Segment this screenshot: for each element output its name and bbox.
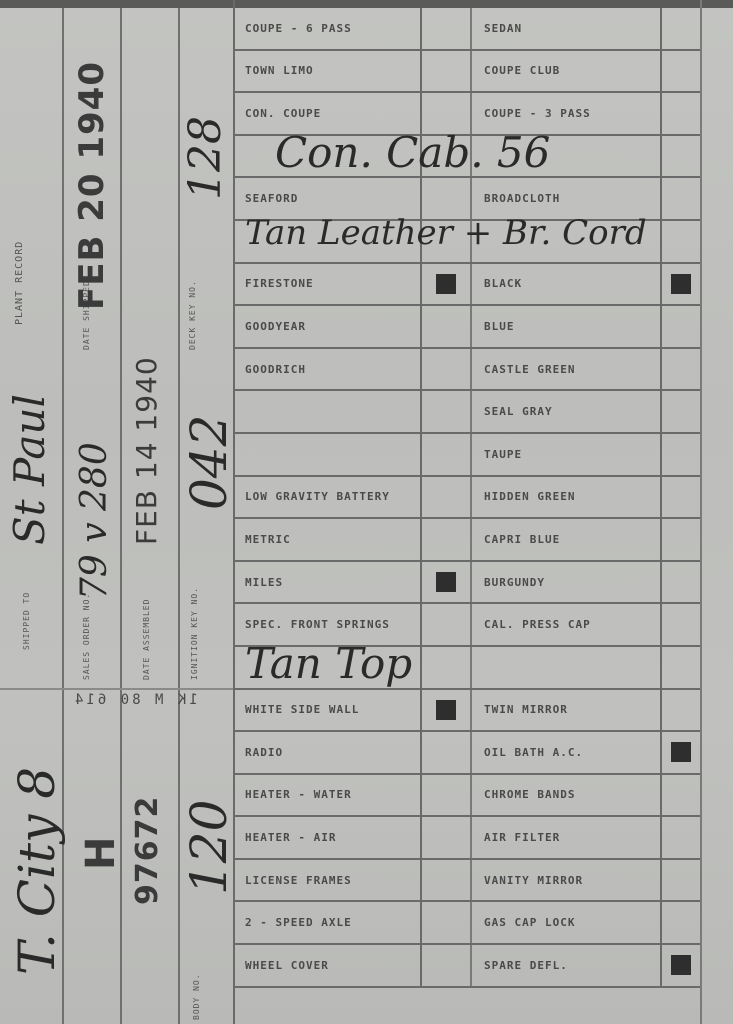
option-right-label: COUPE CLUB — [484, 64, 560, 77]
option-right-label: TAUPE — [484, 448, 522, 461]
option-right-label: CAL. PRESS CAP — [484, 618, 591, 631]
option-row: 2 - SPEED AXLEGAS CAP LOCK — [235, 902, 700, 945]
option-left: GOODYEAR — [235, 306, 420, 347]
option-left-checkbox — [420, 690, 470, 731]
option-right-checkbox — [660, 562, 700, 603]
option-left-checkbox — [420, 860, 470, 901]
option-right: CAL. PRESS CAP — [470, 604, 660, 645]
option-left: RADIO — [235, 732, 420, 773]
option-left-checkbox — [420, 434, 470, 475]
card-title: PLANT RECORD — [14, 241, 25, 325]
handwritten-note: Tan Top — [245, 639, 412, 688]
option-right-checkbox — [660, 434, 700, 475]
option-right — [470, 647, 660, 688]
option-row: MILESBURGUNDY — [235, 562, 700, 605]
option-right-checkbox — [660, 93, 700, 134]
option-left-label: CON. COUPE — [245, 107, 321, 120]
option-left-checkbox — [420, 604, 470, 645]
option-right-checkbox — [660, 477, 700, 518]
option-left-checkbox — [420, 732, 470, 773]
option-right: GAS CAP LOCK — [470, 902, 660, 943]
option-left: 2 - SPEED AXLE — [235, 902, 420, 943]
option-right-label: BROADCLOTH — [484, 192, 560, 205]
option-right-checkbox — [660, 519, 700, 560]
option-left-label: GOODRICH — [245, 363, 306, 376]
option-right: AIR FILTER — [470, 817, 660, 858]
option-row: GOODRICHCASTLE GREEN — [235, 349, 700, 392]
option-right-checkbox — [660, 860, 700, 901]
option-left: COUPE - 6 PASS — [235, 8, 420, 49]
option-right: VANITY MIRROR — [470, 860, 660, 901]
option-row: HEATER - AIRAIR FILTER — [235, 817, 700, 860]
horizontal-divider — [0, 688, 233, 690]
option-left: HEATER - WATER — [235, 775, 420, 816]
check-mark-icon — [671, 742, 691, 762]
option-row: Tan Leather + Br. Cord — [235, 221, 700, 264]
option-right-label: HIDDEN GREEN — [484, 490, 575, 503]
check-mark-icon — [436, 572, 456, 592]
option-right: BURGUNDY — [470, 562, 660, 603]
date-assembled-label: DATE ASSEMBLED — [142, 599, 151, 680]
option-left-label: WHITE SIDE WALL — [245, 703, 359, 716]
option-left-label: RADIO — [245, 746, 283, 759]
handwritten-note: Con. Cab. 56 — [275, 128, 550, 177]
option-left-checkbox — [420, 391, 470, 432]
option-right-checkbox — [660, 732, 700, 773]
option-right: TWIN MIRROR — [470, 690, 660, 731]
option-right-label: CHROME BANDS — [484, 788, 575, 801]
option-right-checkbox — [660, 8, 700, 49]
option-left: GOODRICH — [235, 349, 420, 390]
option-right: CASTLE GREEN — [470, 349, 660, 390]
option-right-checkbox — [660, 349, 700, 390]
option-row: SEAL GRAY — [235, 391, 700, 434]
option-left: FIRESTONE — [235, 264, 420, 305]
option-right: OIL BATH A.C. — [470, 732, 660, 773]
option-right-checkbox — [660, 136, 700, 177]
option-left-checkbox — [420, 306, 470, 347]
option-right-checkbox — [660, 690, 700, 731]
option-right: CAPRI BLUE — [470, 519, 660, 560]
option-right: COUPE CLUB — [470, 51, 660, 92]
option-left-checkbox — [420, 519, 470, 560]
option-left-label: HEATER - WATER — [245, 788, 352, 801]
option-right-label: BURGUNDY — [484, 576, 545, 589]
option-left-label: LICENSE FRAMES — [245, 874, 352, 887]
option-left-label: MILES — [245, 576, 283, 589]
shipped-to-handwritten: St Paul — [5, 394, 54, 545]
option-left-label: FIRESTONE — [245, 277, 314, 290]
option-left-label: LOW GRAVITY BATTERY — [245, 490, 390, 503]
option-row: METRICCAPRI BLUE — [235, 519, 700, 562]
option-left: METRIC — [235, 519, 420, 560]
option-right-checkbox — [660, 221, 700, 262]
option-left-label: SPEC. FRONT SPRINGS — [245, 618, 390, 631]
sales-order-label: SALES ORDER NO. — [82, 593, 91, 680]
option-right: CHROME BANDS — [470, 775, 660, 816]
option-left — [235, 391, 420, 432]
option-right-checkbox — [660, 264, 700, 305]
deck-key-label: DECK KEY NO. — [188, 280, 197, 350]
grid-right-border — [700, 0, 702, 1024]
form-code: 1K M 80 614 — [72, 692, 198, 708]
option-right: SEDAN — [470, 8, 660, 49]
option-right-checkbox — [660, 817, 700, 858]
option-left-checkbox — [420, 902, 470, 943]
option-left-label: HEATER - AIR — [245, 831, 336, 844]
date-assembled: FEB 14 1940 — [130, 356, 163, 545]
option-left: HEATER - AIR — [235, 817, 420, 858]
check-mark-icon — [671, 274, 691, 294]
option-right-checkbox — [660, 604, 700, 645]
option-left-label: WHEEL COVER — [245, 959, 329, 972]
option-row: COUPE - 6 PASSSEDAN — [235, 8, 700, 51]
serial-prefix: H — [78, 836, 124, 870]
option-row: TAUPE — [235, 434, 700, 477]
option-right-label: SPARE DEFL. — [484, 959, 568, 972]
option-left: TOWN LIMO — [235, 51, 420, 92]
option-row: WHITE SIDE WALLTWIN MIRROR — [235, 690, 700, 733]
option-left-checkbox — [420, 945, 470, 986]
option-left-checkbox — [420, 477, 470, 518]
option-right-label: AIR FILTER — [484, 831, 560, 844]
option-left-label: TOWN LIMO — [245, 64, 314, 77]
date-shipped: FEB 20 1940 — [72, 61, 112, 310]
option-row: Con. Cab. 56 — [235, 136, 700, 179]
option-left-checkbox — [420, 264, 470, 305]
dealer-handwritten: T. City 8 — [8, 767, 66, 975]
ignition-key-handwritten: 042 — [180, 415, 238, 510]
option-right-checkbox — [660, 775, 700, 816]
check-mark-icon — [436, 274, 456, 294]
option-row: RADIOOIL BATH A.C. — [235, 732, 700, 775]
option-row: WHEEL COVERSPARE DEFL. — [235, 945, 700, 988]
options-grid: COUPE - 6 PASSSEDANTOWN LIMOCOUPE CLUBCO… — [235, 8, 700, 988]
option-left-label: SEAFORD — [245, 192, 298, 205]
option-row: GOODYEARBLUE — [235, 306, 700, 349]
strip-divider — [120, 8, 122, 1024]
option-row: FIRESTONEBLACK — [235, 264, 700, 307]
option-row: TOWN LIMOCOUPE CLUB — [235, 51, 700, 94]
ignition-key-label: IGNITION KEY NO. — [190, 587, 199, 680]
option-left-checkbox — [420, 775, 470, 816]
option-right: BLUE — [470, 306, 660, 347]
option-right-checkbox — [660, 647, 700, 688]
body-number-handwritten: 120 — [180, 800, 238, 895]
body-no-label: BODY NO. — [192, 973, 201, 1020]
check-mark-icon — [671, 955, 691, 975]
option-right-checkbox — [660, 391, 700, 432]
option-right: BLACK — [470, 264, 660, 305]
option-right-label: BLUE — [484, 320, 515, 333]
option-right-label: GAS CAP LOCK — [484, 916, 575, 929]
option-left-checkbox — [420, 647, 470, 688]
option-right-label: BLACK — [484, 277, 522, 290]
option-left-checkbox — [420, 817, 470, 858]
shipped-to-label: SHIPPED TO — [22, 592, 31, 650]
option-left-checkbox — [420, 349, 470, 390]
option-right-checkbox — [660, 178, 700, 219]
option-left: WHEEL COVER — [235, 945, 420, 986]
option-left-label: GOODYEAR — [245, 320, 306, 333]
option-left-checkbox — [420, 51, 470, 92]
serial-number-stamp: 97672 — [130, 796, 165, 905]
check-mark-icon — [436, 700, 456, 720]
option-left-checkbox — [420, 8, 470, 49]
option-left-checkbox — [420, 562, 470, 603]
top-border — [0, 0, 733, 8]
option-right-label: TWIN MIRROR — [484, 703, 568, 716]
option-left: WHITE SIDE WALL — [235, 690, 420, 731]
option-right-checkbox — [660, 902, 700, 943]
deck-number-handwritten: 128 — [180, 116, 231, 200]
option-right-label: SEDAN — [484, 22, 522, 35]
option-row: LOW GRAVITY BATTERYHIDDEN GREEN — [235, 477, 700, 520]
option-left-label: 2 - SPEED AXLE — [245, 916, 352, 929]
option-right-checkbox — [660, 51, 700, 92]
handwritten-note: Tan Leather + Br. Cord — [245, 213, 647, 253]
option-left: LICENSE FRAMES — [235, 860, 420, 901]
option-right-label: CAPRI BLUE — [484, 533, 560, 546]
option-right: HIDDEN GREEN — [470, 477, 660, 518]
option-left: LOW GRAVITY BATTERY — [235, 477, 420, 518]
option-right: SPARE DEFL. — [470, 945, 660, 986]
option-left — [235, 434, 420, 475]
option-left-label: COUPE - 6 PASS — [245, 22, 352, 35]
option-right-label: COUPE - 3 PASS — [484, 107, 591, 120]
option-row: HEATER - WATERCHROME BANDS — [235, 775, 700, 818]
option-right: SEAL GRAY — [470, 391, 660, 432]
option-right-checkbox — [660, 306, 700, 347]
option-row: Tan Top — [235, 647, 700, 690]
option-right-checkbox — [660, 945, 700, 986]
option-right-label: OIL BATH A.C. — [484, 746, 583, 759]
sales-order-number: 79 v 280 — [74, 442, 115, 600]
option-right-label: SEAL GRAY — [484, 405, 553, 418]
option-right-label: CASTLE GREEN — [484, 363, 575, 376]
option-row: LICENSE FRAMESVANITY MIRROR — [235, 860, 700, 903]
option-left: MILES — [235, 562, 420, 603]
option-left-label: METRIC — [245, 533, 291, 546]
option-right-label: VANITY MIRROR — [484, 874, 583, 887]
option-right: TAUPE — [470, 434, 660, 475]
plant-record-card: PLANT RECORD SHIPPED TO St Paul T. City … — [0, 0, 733, 1024]
